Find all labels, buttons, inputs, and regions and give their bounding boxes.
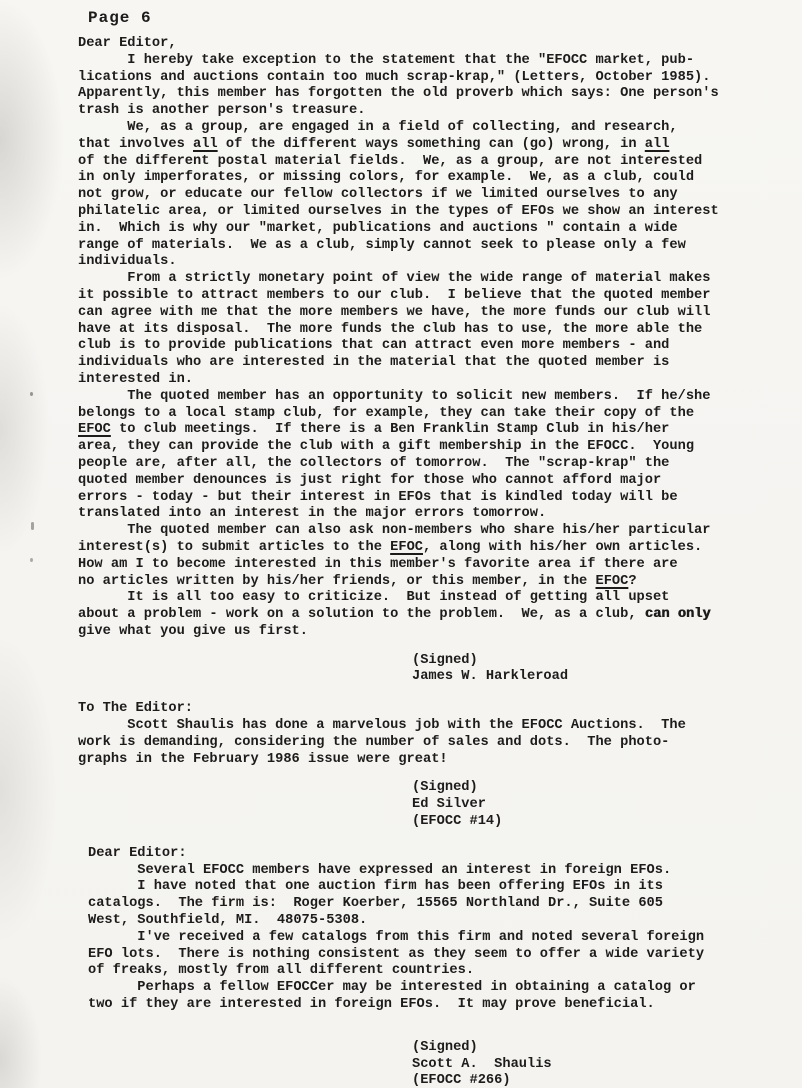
text-line: people are, after all, the collectors of… <box>78 456 802 473</box>
text-line: trash is another person's treasure. <box>78 103 802 120</box>
text-line: The quoted member can also ask non-membe… <box>78 523 802 540</box>
signature-block: (Signed)Ed Silver(EFOCC #14) <box>412 780 802 830</box>
letter: Dear Editor: Several EFOCC members have … <box>88 846 802 1088</box>
signature-line: (Signed) <box>412 780 802 797</box>
text-line: Apparently, this member has forgotten th… <box>78 86 802 103</box>
text-line: work is demanding, considering the numbe… <box>78 735 802 752</box>
text-line: about a problem - work on a solution to … <box>78 607 802 624</box>
text-line: I've received a few catalogs from this f… <box>88 930 802 947</box>
text-line: Scott Shaulis has done a marvelous job w… <box>78 718 802 735</box>
salutation: To The Editor: <box>78 701 802 718</box>
text-line: EFOC to club meetings. If there is a Ben… <box>78 422 802 439</box>
text-line: errors - today - but their interest in E… <box>78 490 802 507</box>
text-line: From a strictly monetary point of view t… <box>78 271 802 288</box>
text-line: in. Which is why our "market, publicatio… <box>78 221 802 238</box>
scan-speck <box>31 522 34 530</box>
scan-speck <box>30 392 33 396</box>
text-line: Several EFOCC members have expressed an … <box>88 863 802 880</box>
signature-line: (Signed) <box>412 1040 802 1057</box>
text-line: individuals. <box>78 254 802 271</box>
text-line: interested in. <box>78 372 802 389</box>
salutation: Dear Editor, <box>78 36 802 53</box>
text-line: lications and auctions contain too much … <box>78 70 802 87</box>
text-line: give what you give us first. <box>78 624 802 641</box>
text-line: two if they are interested in foreign EF… <box>88 997 802 1014</box>
signature-block: (Signed)Scott A. Shaulis(EFOCC #266) <box>412 1040 802 1088</box>
text-line: individuals who are interested in the ma… <box>78 355 802 372</box>
text-line: no articles written by his/her friends, … <box>78 574 802 591</box>
letters-container: Dear Editor, I hereby take exception to … <box>0 36 802 1088</box>
text-line: in only imperforates, or missing colors,… <box>78 170 802 187</box>
text-line: can agree with me that the more members … <box>78 305 802 322</box>
text-line: of freaks, mostly from all different cou… <box>88 963 802 980</box>
signature-line: Ed Silver <box>412 797 802 814</box>
text-line: We, as a group, are engaged in a field o… <box>78 120 802 137</box>
text-line: catalogs. The firm is: Roger Koerber, 15… <box>88 896 802 913</box>
text-line: club is to provide publications that can… <box>78 338 802 355</box>
text-line: translated into an interest in the major… <box>78 506 802 523</box>
signature-block: (Signed)James W. Harkleroad <box>412 653 802 687</box>
text-line: philatelic area, or limited ourselves in… <box>78 204 802 221</box>
scan-speck <box>30 558 33 562</box>
text-line: West, Southfield, MI. 48075-5308. <box>88 913 802 930</box>
text-line: it possible to attract members to our cl… <box>78 288 802 305</box>
text-line: EFO lots. There is nothing consistent as… <box>88 947 802 964</box>
letter: To The Editor: Scott Shaulis has done a … <box>78 701 802 831</box>
salutation: Dear Editor: <box>88 846 802 863</box>
text-line: graphs in the February 1986 issue were g… <box>78 752 802 769</box>
text-line: It is all too easy to criticize. But ins… <box>78 590 802 607</box>
text-line: that involves all of the different ways … <box>78 137 802 154</box>
signature-line: Scott A. Shaulis <box>412 1057 802 1074</box>
signature-line: (EFOCC #266) <box>412 1073 802 1088</box>
document-page: Page 6 Dear Editor, I hereby take except… <box>0 0 802 1088</box>
text-line: range of materials. We as a club, simply… <box>78 238 802 255</box>
text-line: I hereby take exception to the statement… <box>78 53 802 70</box>
text-line: of the different postal material fields.… <box>78 154 802 171</box>
text-line: How am I to become interested in this me… <box>78 557 802 574</box>
text-line: area, they can provide the club with a g… <box>78 439 802 456</box>
letter: Dear Editor, I hereby take exception to … <box>78 36 802 686</box>
signature-line: (Signed) <box>412 653 802 670</box>
text-line: I have noted that one auction firm has b… <box>88 879 802 896</box>
text-line: have at its disposal. The more funds the… <box>78 322 802 339</box>
signature-line: James W. Harkleroad <box>412 669 802 686</box>
text-line: not grow, or educate our fellow collecto… <box>78 187 802 204</box>
text-line: Perhaps a fellow EFOCCer may be interest… <box>88 980 802 997</box>
text-line: quoted member denounces is just right fo… <box>78 473 802 490</box>
text-line: The quoted member has an opportunity to … <box>78 389 802 406</box>
signature-line: (EFOCC #14) <box>412 814 802 831</box>
text-line: interest(s) to submit articles to the EF… <box>78 540 802 557</box>
page-number-label: Page 6 <box>88 8 802 28</box>
text-line: belongs to a local stamp club, for examp… <box>78 406 802 423</box>
